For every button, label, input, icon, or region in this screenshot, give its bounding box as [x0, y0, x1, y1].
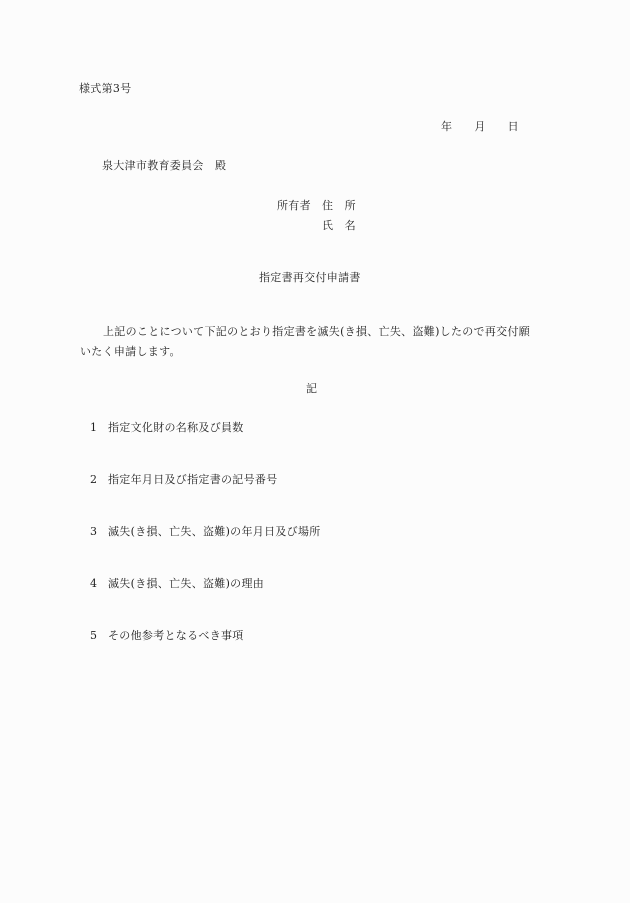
- address-label: 住 所: [322, 199, 356, 213]
- name-label: 氏 名: [322, 219, 356, 233]
- item-text: 滅失(き損、亡失、盗難)の年月日及び場所: [108, 525, 321, 538]
- list-item: 1指定文化財の名称及び員数: [90, 421, 244, 435]
- list-item: 3滅失(き損、亡失、盗難)の年月日及び場所: [90, 525, 321, 539]
- item-number: 4: [90, 577, 108, 591]
- document-title: 指定書再交付申請書: [259, 271, 361, 285]
- list-item: 4滅失(き損、亡失、盗難)の理由: [90, 577, 264, 591]
- form-number: 様式第3号: [79, 82, 132, 96]
- body-text-line-2: いたく申請します。: [80, 345, 181, 359]
- item-text: 指定年月日及び指定書の記号番号: [108, 473, 278, 486]
- item-text: 指定文化財の名称及び員数: [108, 421, 244, 434]
- list-item: 5その他参考となるべき事項: [90, 629, 244, 643]
- list-item: 2指定年月日及び指定書の記号番号: [90, 473, 278, 487]
- date-line: 年月日: [441, 120, 519, 134]
- item-text: 滅失(き損、亡失、盗難)の理由: [108, 577, 264, 590]
- ki-heading: 記: [306, 382, 317, 396]
- item-number: 2: [90, 473, 108, 487]
- owner-label: 所有者: [277, 199, 311, 213]
- item-number: 5: [90, 629, 108, 643]
- document-page: 様式第3号 年月日 泉大津市教育委員会 殿 所有者 住 所 氏 名 指定書再交付…: [0, 0, 630, 903]
- body-text-line-1: 上記のことについて下記のとおり指定書を滅失(き損、亡失、盗難)したので再交付願: [103, 325, 530, 339]
- item-text: その他参考となるべき事項: [108, 629, 244, 642]
- year-label: 年: [441, 120, 452, 134]
- item-number: 1: [90, 421, 108, 435]
- month-label: 月: [474, 120, 485, 134]
- day-label: 日: [508, 120, 519, 134]
- addressee: 泉大津市教育委員会 殿: [102, 159, 226, 173]
- item-number: 3: [90, 525, 108, 539]
